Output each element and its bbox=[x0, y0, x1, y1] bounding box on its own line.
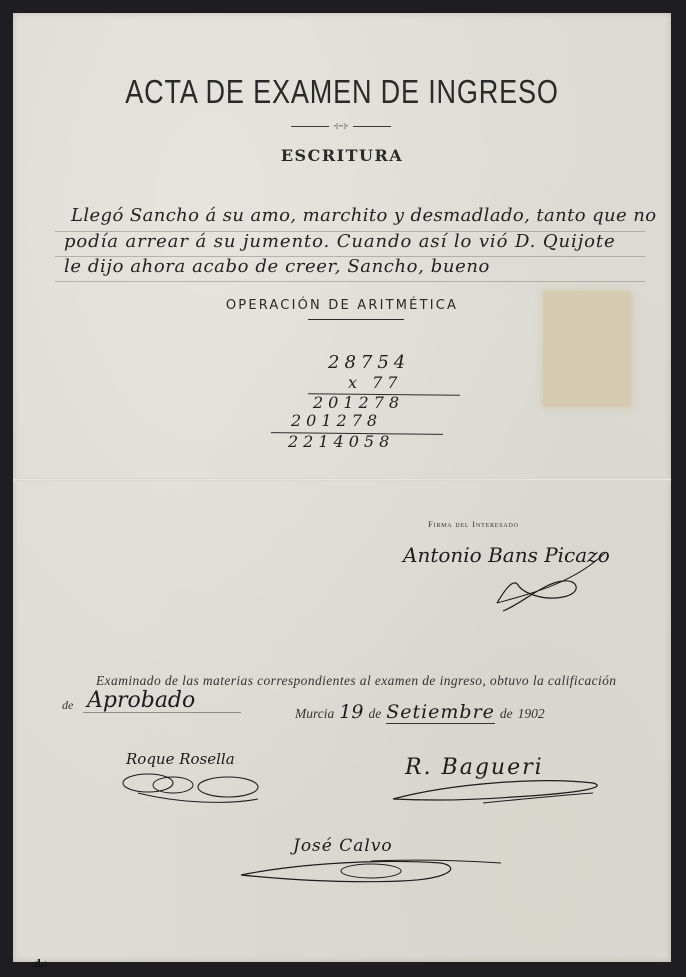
signature-flourish bbox=[241, 863, 511, 903]
date-day: 19 bbox=[339, 701, 363, 723]
grade-value: Aprobado bbox=[87, 688, 195, 713]
ruled-line bbox=[55, 281, 645, 282]
signature-flourish bbox=[493, 573, 613, 613]
photo-stain-mark bbox=[543, 291, 631, 407]
section-heading-escritura: ESCRITURA bbox=[13, 146, 671, 165]
date-de-1: de bbox=[368, 706, 381, 722]
heading-underline bbox=[308, 319, 404, 320]
place-label: Murcia bbox=[295, 706, 334, 722]
date-month: Setiembre bbox=[386, 701, 495, 724]
date-de-2: de bbox=[500, 706, 513, 722]
dictation-line-3: le dijo ahora acabo de creer, Sancho, bu… bbox=[64, 256, 490, 277]
arith-result: 2214058 bbox=[288, 432, 394, 451]
arith-multiplier: x 77 bbox=[348, 373, 402, 392]
date-year: 1902 bbox=[518, 706, 545, 722]
corner-ink-mark: .d.: bbox=[31, 956, 48, 971]
signature-flourish bbox=[393, 773, 613, 813]
signature-flourish bbox=[118, 773, 268, 813]
arith-partial-1: 201278 bbox=[313, 393, 404, 412]
document-page: ACTA DE EXAMEN DE INGRESO •⟦••⟧• ESCRITU… bbox=[13, 13, 671, 962]
examiner-signature-3: José Calvo bbox=[293, 836, 393, 856]
signature-label: Firma del Interesado bbox=[428, 519, 519, 529]
title-ornament-divider: •⟦••⟧• bbox=[291, 124, 391, 130]
dictation-line-1: Llegó Sancho á su amo, marchito y desmad… bbox=[71, 205, 656, 226]
dictation-line-2: podía arrear á su jumento. Cuando así lo… bbox=[64, 231, 616, 252]
grade-prefix: de bbox=[62, 698, 73, 713]
arith-multiplicand: 28754 bbox=[328, 352, 410, 373]
paper-fold-line bbox=[13, 478, 671, 481]
examiner-signature-1: Roque Rosella bbox=[126, 750, 235, 768]
document-title: ACTA DE EXAMEN DE INGRESO bbox=[72, 73, 612, 111]
student-signature: Antonio Bans Picazo bbox=[403, 543, 610, 567]
arith-partial-2: 201278 bbox=[291, 411, 382, 430]
place-date-line: Murcia 19 de Setiembre de 1902 bbox=[295, 701, 545, 724]
exam-statement: Examinado de las materias correspondient… bbox=[96, 673, 616, 689]
